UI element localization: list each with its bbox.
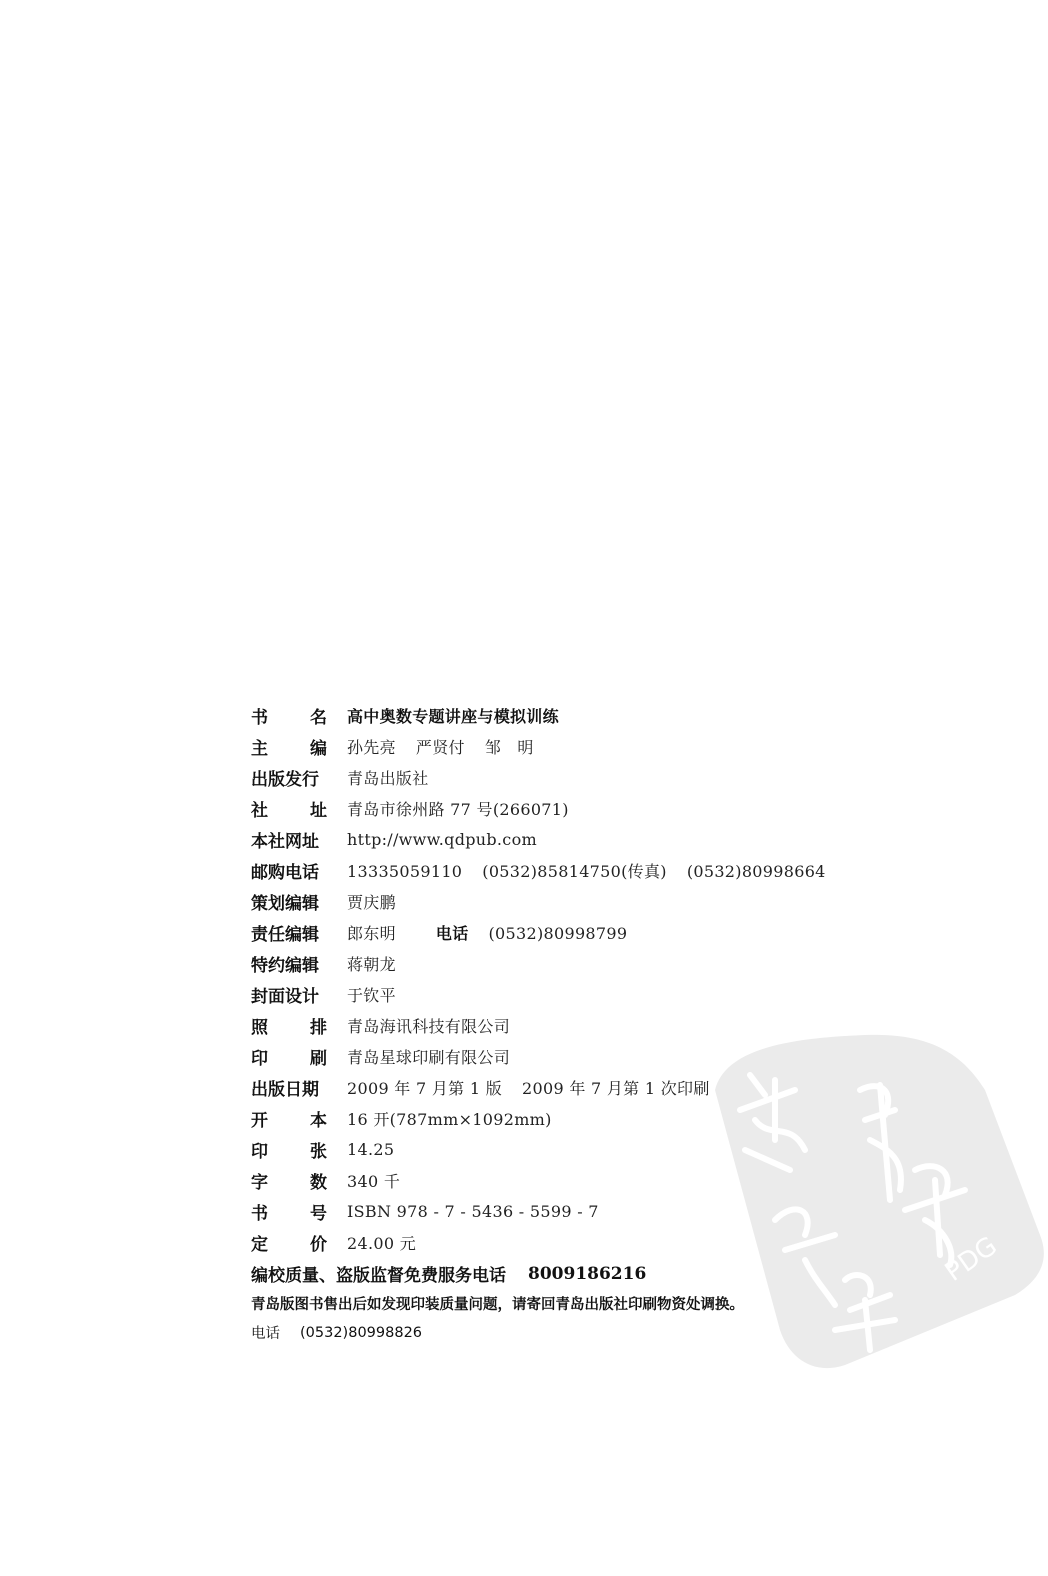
colophon-row-typesetting: 照排 青岛海讯科技有限公司	[251, 1010, 826, 1041]
label-isbn: 书号	[251, 1199, 327, 1224]
cover-designer: 于钦平	[347, 983, 396, 1006]
website-url: http://www.qdpub.com	[347, 830, 537, 849]
label-responsible-editor: 责任编辑	[251, 920, 327, 945]
label-sheets: 印张	[251, 1137, 327, 1162]
printer: 青岛星球印刷有限公司	[347, 1045, 510, 1068]
phone-label: 电话	[251, 1322, 280, 1343]
label-pub-date: 出版日期	[251, 1075, 327, 1100]
quality-hotline: 编校质量、盗版监督免费服务电话 8009186216	[251, 1258, 826, 1289]
price: 24.00 元	[347, 1231, 416, 1254]
planning-editor: 贾庆鹏	[347, 890, 396, 913]
colophon-row-publisher: 出版发行 青岛出版社	[251, 762, 826, 793]
word-count: 340 千	[347, 1169, 400, 1192]
label-chief-editor: 主编	[251, 734, 327, 759]
copyright-page: PDG 书名 高中奥数专题讲座与模拟训练 主编 孙先亮严贤付邹 明 出版发行 青…	[0, 0, 1048, 1576]
colophon-row-website: 本社网址 http://www.qdpub.com	[251, 824, 826, 855]
label-typesetting: 照排	[251, 1013, 327, 1038]
mail-order-phones: 13335059110(0532)85814750(传真)(0532)80998…	[347, 859, 826, 882]
colophon-block: 书名 高中奥数专题讲座与模拟训练 主编 孙先亮严贤付邹 明 出版发行 青岛出版社…	[251, 700, 826, 1347]
label-title: 书名	[251, 703, 327, 728]
hotline-number: 8009186216	[528, 1264, 646, 1284]
label-cover-design: 封面设计	[251, 982, 327, 1007]
editor-phone: (0532)80998799	[489, 924, 628, 943]
book-title: 高中奥数专题讲座与模拟训练	[347, 704, 559, 727]
label-printing: 印刷	[251, 1044, 327, 1069]
hotline-label: 编校质量、盗版监督免费服务电话	[251, 1261, 506, 1286]
notice-text: 青岛版图书售出后如发现印装质量问题，请寄回青岛出版社印刷物资处调换。	[251, 1293, 744, 1314]
label-special-editor: 特约编辑	[251, 951, 327, 976]
label-price: 定价	[251, 1230, 327, 1255]
return-phone: 电话 (0532)80998826	[251, 1318, 826, 1347]
pub-date: 2009 年 7 月第 1 版2009 年 7 月第 1 次印刷	[347, 1076, 710, 1099]
label-website: 本社网址	[251, 827, 327, 852]
colophon-row-pub-date: 出版日期 2009 年 7 月第 1 版2009 年 7 月第 1 次印刷	[251, 1072, 826, 1103]
chief-editors: 孙先亮严贤付邹 明	[347, 735, 534, 758]
label-planning-editor: 策划编辑	[251, 889, 327, 914]
label-format: 开本	[251, 1106, 327, 1131]
colophon-row-printing: 印刷 青岛星球印刷有限公司	[251, 1041, 826, 1072]
label-mail-order-phone: 邮购电话	[251, 858, 327, 883]
publisher: 青岛出版社	[347, 766, 429, 789]
label-address: 社址	[251, 796, 327, 821]
label-editor-phone: 电话	[436, 924, 469, 943]
label-word-count: 字数	[251, 1168, 327, 1193]
colophon-row-format: 开本 16 开(787mm×1092mm)	[251, 1103, 826, 1134]
special-editor: 蒋朝龙	[347, 952, 396, 975]
printed-sheets: 14.25	[347, 1140, 394, 1159]
colophon-row-sheets: 印张 14.25	[251, 1134, 826, 1165]
colophon-row-word-count: 字数 340 千	[251, 1165, 826, 1196]
colophon-row-cover-design: 封面设计 于钦平	[251, 979, 826, 1010]
colophon-row-special-editor: 特约编辑 蒋朝龙	[251, 948, 826, 979]
colophon-row-title: 书名 高中奥数专题讲座与模拟训练	[251, 700, 826, 731]
label-publisher: 出版发行	[251, 765, 327, 790]
colophon-row-address: 社址 青岛市徐州路 77 号(266071)	[251, 793, 826, 824]
colophon-row-editors: 主编 孙先亮严贤付邹 明	[251, 731, 826, 762]
return-notice: 青岛版图书售出后如发现印装质量问题，请寄回青岛出版社印刷物资处调换。	[251, 1289, 826, 1318]
isbn: ISBN 978 - 7 - 5436 - 5599 - 7	[347, 1202, 599, 1221]
colophon-row-responsible-editor: 责任编辑 郎东明电话(0532)80998799	[251, 917, 826, 948]
format: 16 开(787mm×1092mm)	[347, 1107, 552, 1130]
colophon-row-isbn: 书号 ISBN 978 - 7 - 5436 - 5599 - 7	[251, 1196, 826, 1227]
phone-number: (0532)80998826	[300, 1325, 422, 1341]
colophon-row-planning-editor: 策划编辑 贾庆鹏	[251, 886, 826, 917]
typesetter: 青岛海讯科技有限公司	[347, 1014, 510, 1037]
address: 青岛市徐州路 77 号(266071)	[347, 797, 569, 820]
colophon-row-price: 定价 24.00 元	[251, 1227, 826, 1258]
responsible-editor: 郎东明电话(0532)80998799	[347, 921, 627, 944]
colophon-row-mail-order: 邮购电话 13335059110(0532)85814750(传真)(0532)…	[251, 855, 826, 886]
